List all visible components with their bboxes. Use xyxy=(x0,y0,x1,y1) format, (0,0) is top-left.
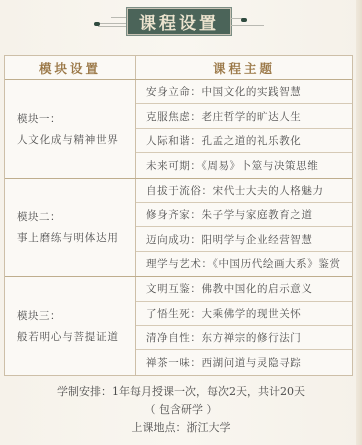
topic-item: 修身齐家：朱子学与家庭教育之道 xyxy=(136,203,352,227)
topic-item: 禅茶一味：西湖问道与灵隐寻踪 xyxy=(136,350,352,374)
topic-item: 人际和谐：孔孟之道的礼乐教化 xyxy=(136,129,352,153)
module-row-2: 模块二： 事上磨练与明体达用 自拔于流俗：宋代士大夫的人格魅力 修身齐家：朱子学… xyxy=(5,179,352,278)
ornament-line-left-lower xyxy=(96,23,127,24)
schedule-text: 学制安排：1年每月授课一次，每次2天，共计20天 xyxy=(0,383,362,401)
topic-item: 迈向成功：阳明学与企业经营智慧 xyxy=(136,227,352,251)
topic-item: 清净自性：东方禅宗的修行法门 xyxy=(136,326,352,350)
topic-item: 文明互鉴：佛教中国化的启示意义 xyxy=(136,277,352,301)
ornament-line-right-lower xyxy=(231,25,264,26)
header-module: 模块设置 xyxy=(5,56,136,79)
page-title: 课程设置 xyxy=(139,9,219,34)
course-table: 模块设置 课程主题 模块一： 人文化成与精神世界 安身立命：中国文化的实践智慧 … xyxy=(4,55,353,376)
header-topic: 课程主题 xyxy=(136,56,352,79)
module-row-3: 模块三： 般若明心与菩提证道 文明互鉴：佛教中国化的启示意义 了悟生死：大乘佛学… xyxy=(5,277,352,375)
topic-list: 文明互鉴：佛教中国化的启示意义 了悟生死：大乘佛学的现世关怀 清净自性：东方禅宗… xyxy=(136,277,352,375)
ornament-dot-left-icon xyxy=(94,22,100,26)
module-row-1: 模块一： 人文化成与精神世界 安身立命：中国文化的实践智慧 克服焦虑：老庄哲学的… xyxy=(5,80,352,179)
topic-item: 未来可期：《周易》卜筮与决策思维 xyxy=(136,153,352,177)
title-box: 课程设置 xyxy=(127,8,231,35)
ornament-line-left-bottom xyxy=(98,26,127,27)
topic-item: 理学与艺术：《中国历代绘画大系》鉴赏 xyxy=(136,252,352,276)
module-cell: 模块一： 人文化成与精神世界 xyxy=(5,80,136,178)
table-header: 模块设置 课程主题 xyxy=(5,56,352,80)
module-name: 模块一： xyxy=(17,111,135,126)
module-subtitle: 人文化成与精神世界 xyxy=(17,132,135,147)
topic-item: 克服焦虑：老庄哲学的旷达人生 xyxy=(136,104,352,128)
footer-info: 学制安排：1年每月授课一次，每次2天，共计20天 （ 包含研学 ） 上课地点：浙… xyxy=(0,383,362,437)
location-text: 上课地点：浙江大学 xyxy=(0,419,362,437)
topic-item: 安身立命：中国文化的实践智慧 xyxy=(136,80,352,104)
topic-list: 安身立命：中国文化的实践智慧 克服焦虑：老庄哲学的旷达人生 人际和谐：孔孟之道的… xyxy=(136,80,352,178)
title-banner: 课程设置 xyxy=(0,0,362,45)
topic-item: 自拔于流俗：宋代士大夫的人格魅力 xyxy=(136,179,352,203)
schedule-note: （ 包含研学 ） xyxy=(0,401,362,419)
ornament-dot-right-icon xyxy=(241,18,247,22)
module-name: 模块三： xyxy=(17,308,135,323)
topic-item: 了悟生死：大乘佛学的现世关怀 xyxy=(136,302,352,326)
topic-list: 自拔于流俗：宋代士大夫的人格魅力 修身齐家：朱子学与家庭教育之道 迈向成功：阳明… xyxy=(136,179,352,277)
module-subtitle: 事上磨练与明体达用 xyxy=(17,230,135,245)
course-page: 课程设置 模块设置 课程主题 模块一： 人文化成与精神世界 安身立命：中国文化的… xyxy=(0,0,362,445)
module-cell: 模块二： 事上磨练与明体达用 xyxy=(5,179,136,277)
module-name: 模块二： xyxy=(17,209,135,224)
ornament-line-left-upper xyxy=(111,17,127,18)
module-cell: 模块三： 般若明心与菩提证道 xyxy=(5,277,136,375)
module-subtitle: 般若明心与菩提证道 xyxy=(17,329,135,344)
